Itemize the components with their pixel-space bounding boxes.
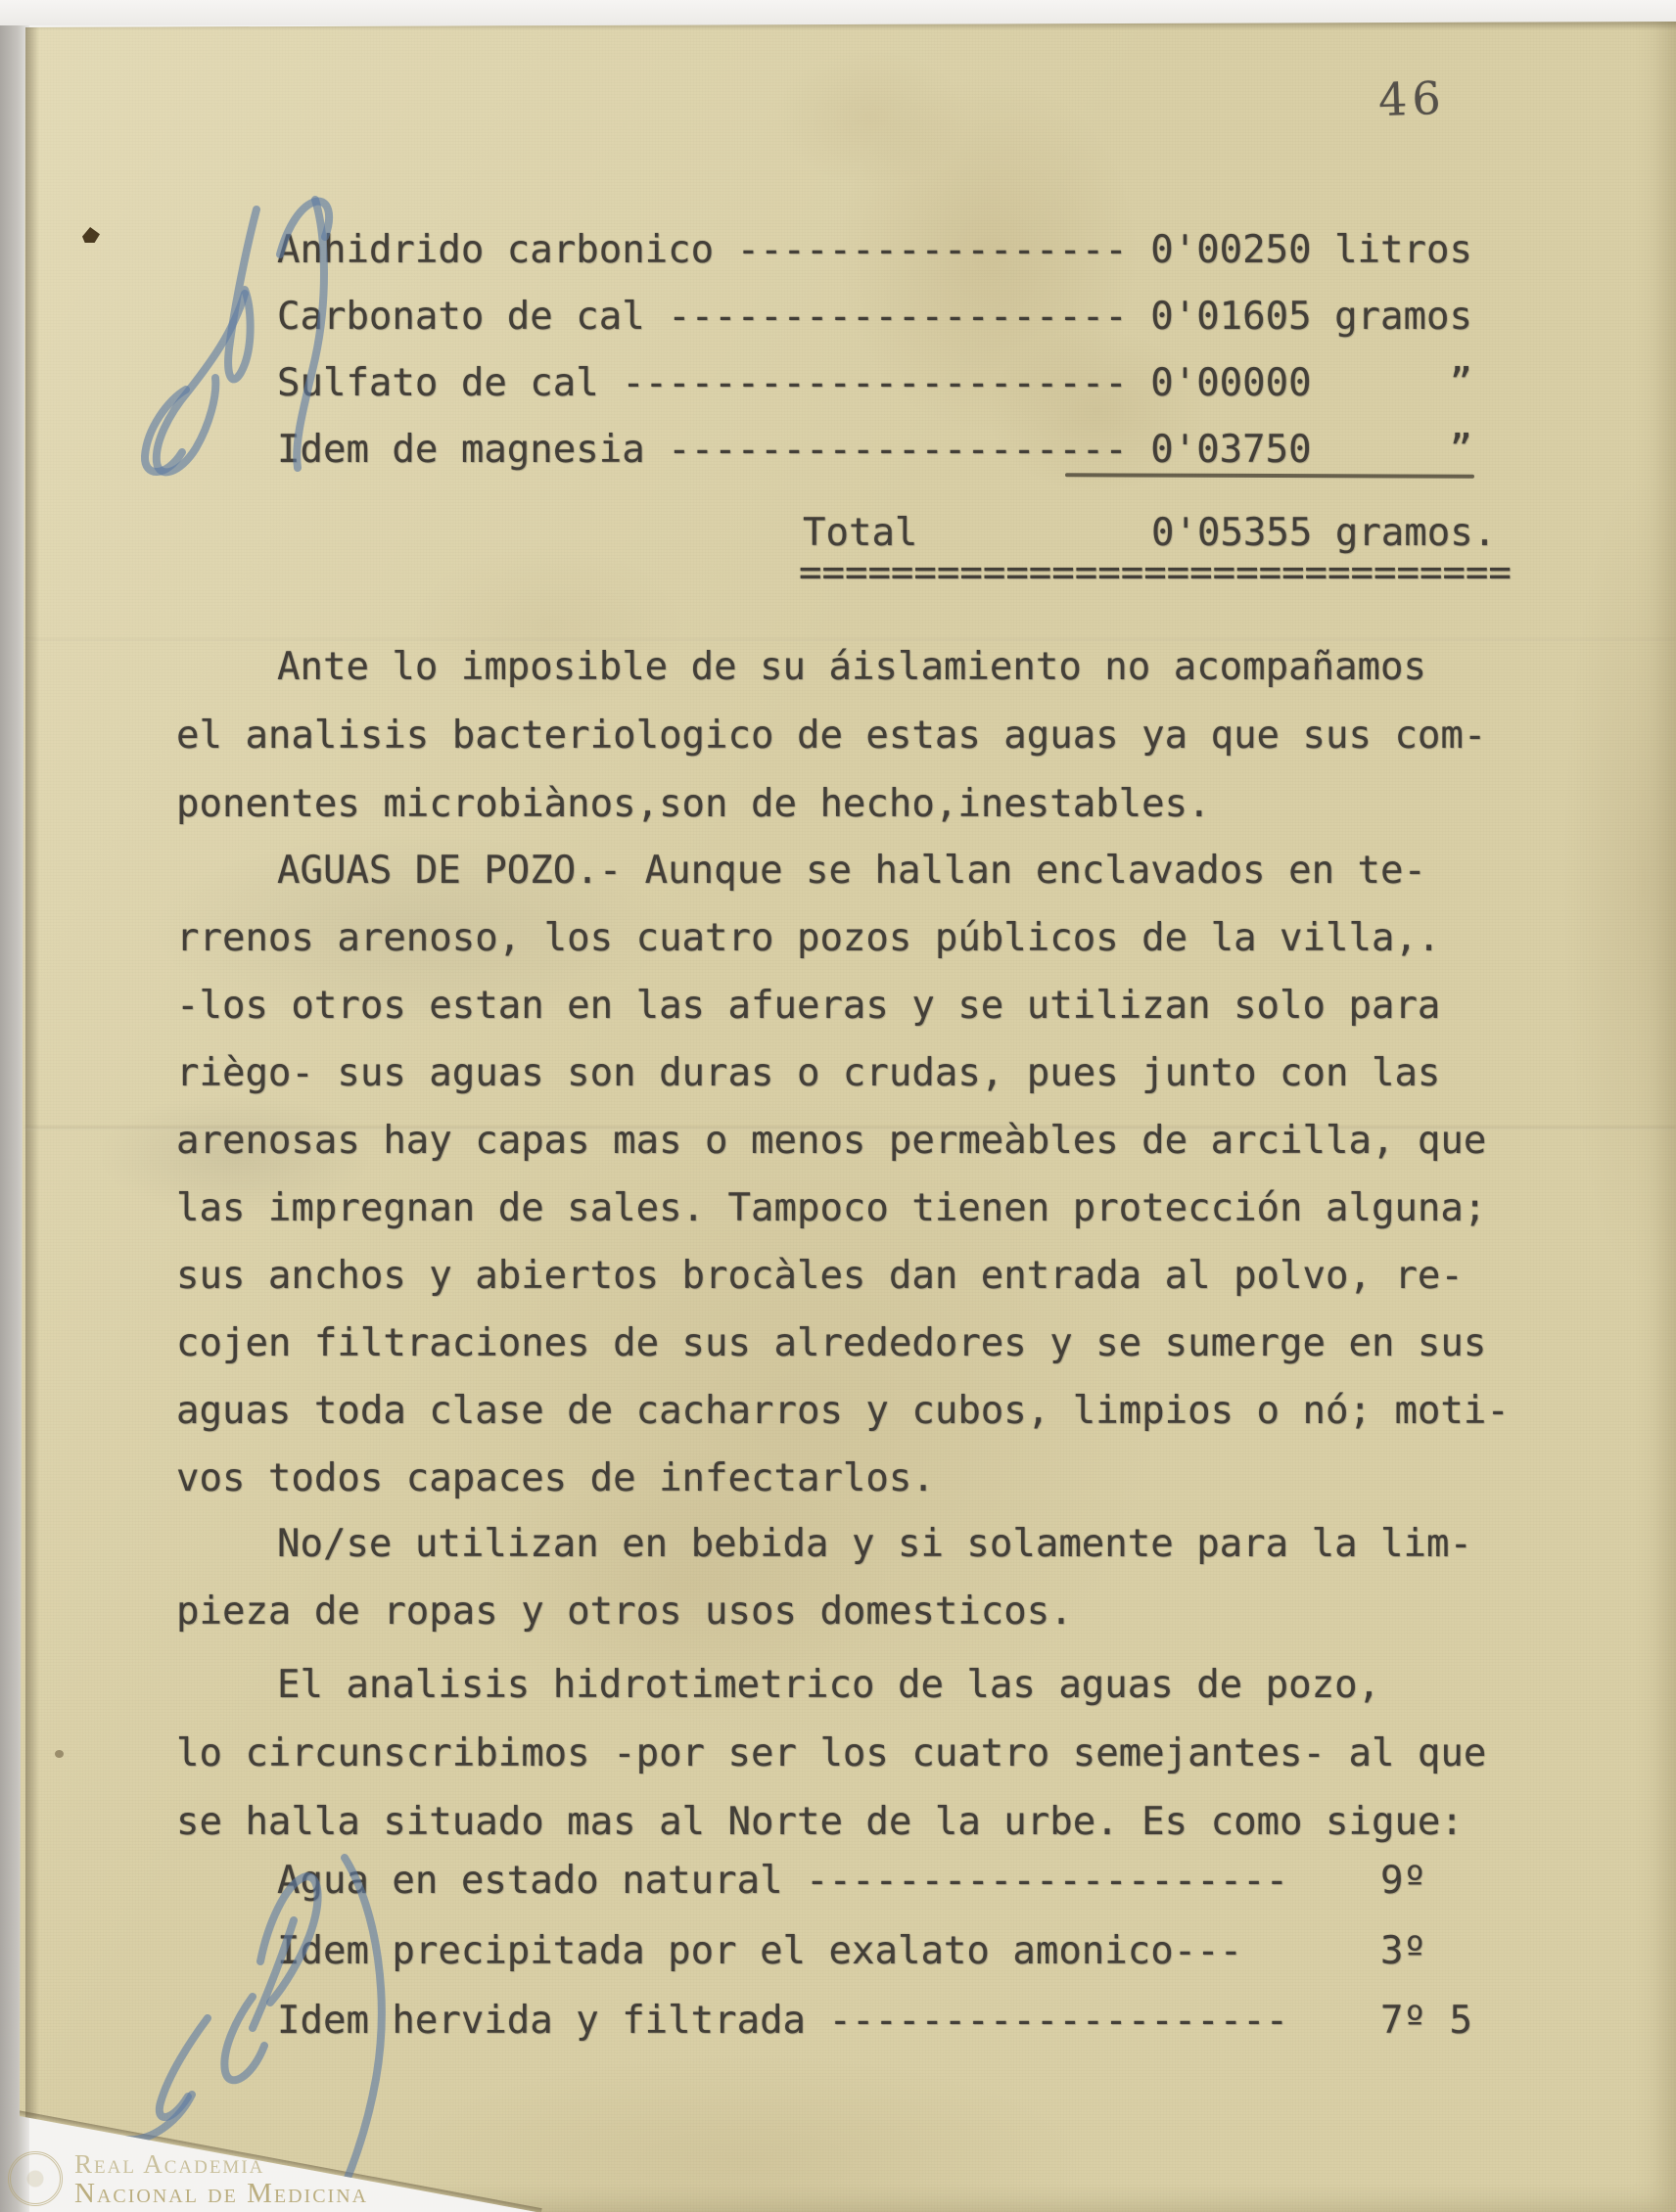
total-underline-rule bbox=[1065, 473, 1474, 478]
typed-line: se halla situado mas al Norte de la urbe… bbox=[176, 1799, 1464, 1846]
typed-line: AGUAS DE POZO.- Aunque se hallan enclava… bbox=[277, 848, 1426, 895]
typed-line: sus anchos y abiertos brocàles dan entra… bbox=[176, 1253, 1464, 1300]
typed-line: Anhidrido carbonico ----------------- 0'… bbox=[277, 227, 1472, 274]
scanner-background-top bbox=[0, 0, 1676, 25]
typed-line: cojen filtraciones de sus alrededores y … bbox=[176, 1320, 1486, 1367]
typed-line: las impregnan de sales. Tampoco tienen p… bbox=[176, 1185, 1486, 1232]
watermark-line2: Nacional de Medicina bbox=[74, 2179, 368, 2208]
typed-line: El analisis hidrotimetrico de las aguas … bbox=[277, 1662, 1380, 1709]
typed-line: Ante lo imposible de su áislamiento no a… bbox=[277, 644, 1426, 691]
paper-hole bbox=[82, 227, 100, 243]
typed-line: ponentes microbiànos,son de hecho,inesta… bbox=[176, 781, 1211, 828]
watermark-text: Real Academia Nacional de Medicina bbox=[74, 2149, 368, 2208]
paper-spot bbox=[55, 1750, 64, 1758]
typed-line: lo circunscribimos -por ser los cuatro s… bbox=[176, 1730, 1486, 1777]
typed-line: pieza de ropas y otros usos domesticos. bbox=[176, 1589, 1073, 1636]
rubric-bottom-stroke bbox=[160, 2018, 208, 2117]
typed-line: riègo- sus aguas son duras o crudas, pue… bbox=[176, 1050, 1440, 1097]
typed-line: =============================== bbox=[799, 550, 1512, 597]
academy-seal-icon bbox=[8, 2151, 63, 2206]
typed-line: Idem de magnesia -------------------- 0'… bbox=[277, 427, 1472, 474]
watermark-real-academia: Real Academia Nacional de Medicina bbox=[8, 2149, 368, 2208]
typed-line: arenosas hay capas mas o menos permeàble… bbox=[176, 1118, 1486, 1165]
typed-line: -los otros estan en las afueras y se uti… bbox=[176, 983, 1440, 1030]
typed-line: Sulfato de cal ---------------------- 0'… bbox=[277, 360, 1472, 407]
rubric-top-stroke bbox=[228, 209, 256, 379]
typed-line: No/se utilizan en bebida y si solamente … bbox=[277, 1521, 1472, 1568]
rubric-top-stroke bbox=[145, 390, 186, 472]
watermark-line1: Real Academia bbox=[74, 2149, 368, 2179]
handwritten-page-number: 46 bbox=[1377, 71, 1446, 126]
typed-line: aguas toda clase de cacharros y cubos, l… bbox=[176, 1388, 1510, 1435]
rubric-bottom-stroke bbox=[224, 1997, 264, 2080]
typed-line: Carbonato de cal -------------------- 0'… bbox=[277, 294, 1472, 341]
typed-line: rrenos arenoso, los cuatro pozos público… bbox=[176, 915, 1440, 962]
typed-line: vos todos capaces de infectarlos. bbox=[176, 1455, 935, 1502]
typed-line: el analisis bacteriologico de estas agua… bbox=[176, 713, 1486, 760]
rubric-top-stroke bbox=[157, 294, 245, 472]
paper-crease-upper bbox=[25, 638, 1676, 641]
typed-line: Idem precipitada por el exalato amonico-… bbox=[277, 1928, 1426, 1975]
document-page: 46 Anhidrido carbonico -----------------… bbox=[0, 0, 1676, 2212]
typed-line: Idem hervida y filtrada ----------------… bbox=[277, 1998, 1472, 2045]
paper-edge-shadow-left bbox=[25, 25, 39, 2120]
typed-line: Agua en estado natural -----------------… bbox=[277, 1858, 1426, 1905]
